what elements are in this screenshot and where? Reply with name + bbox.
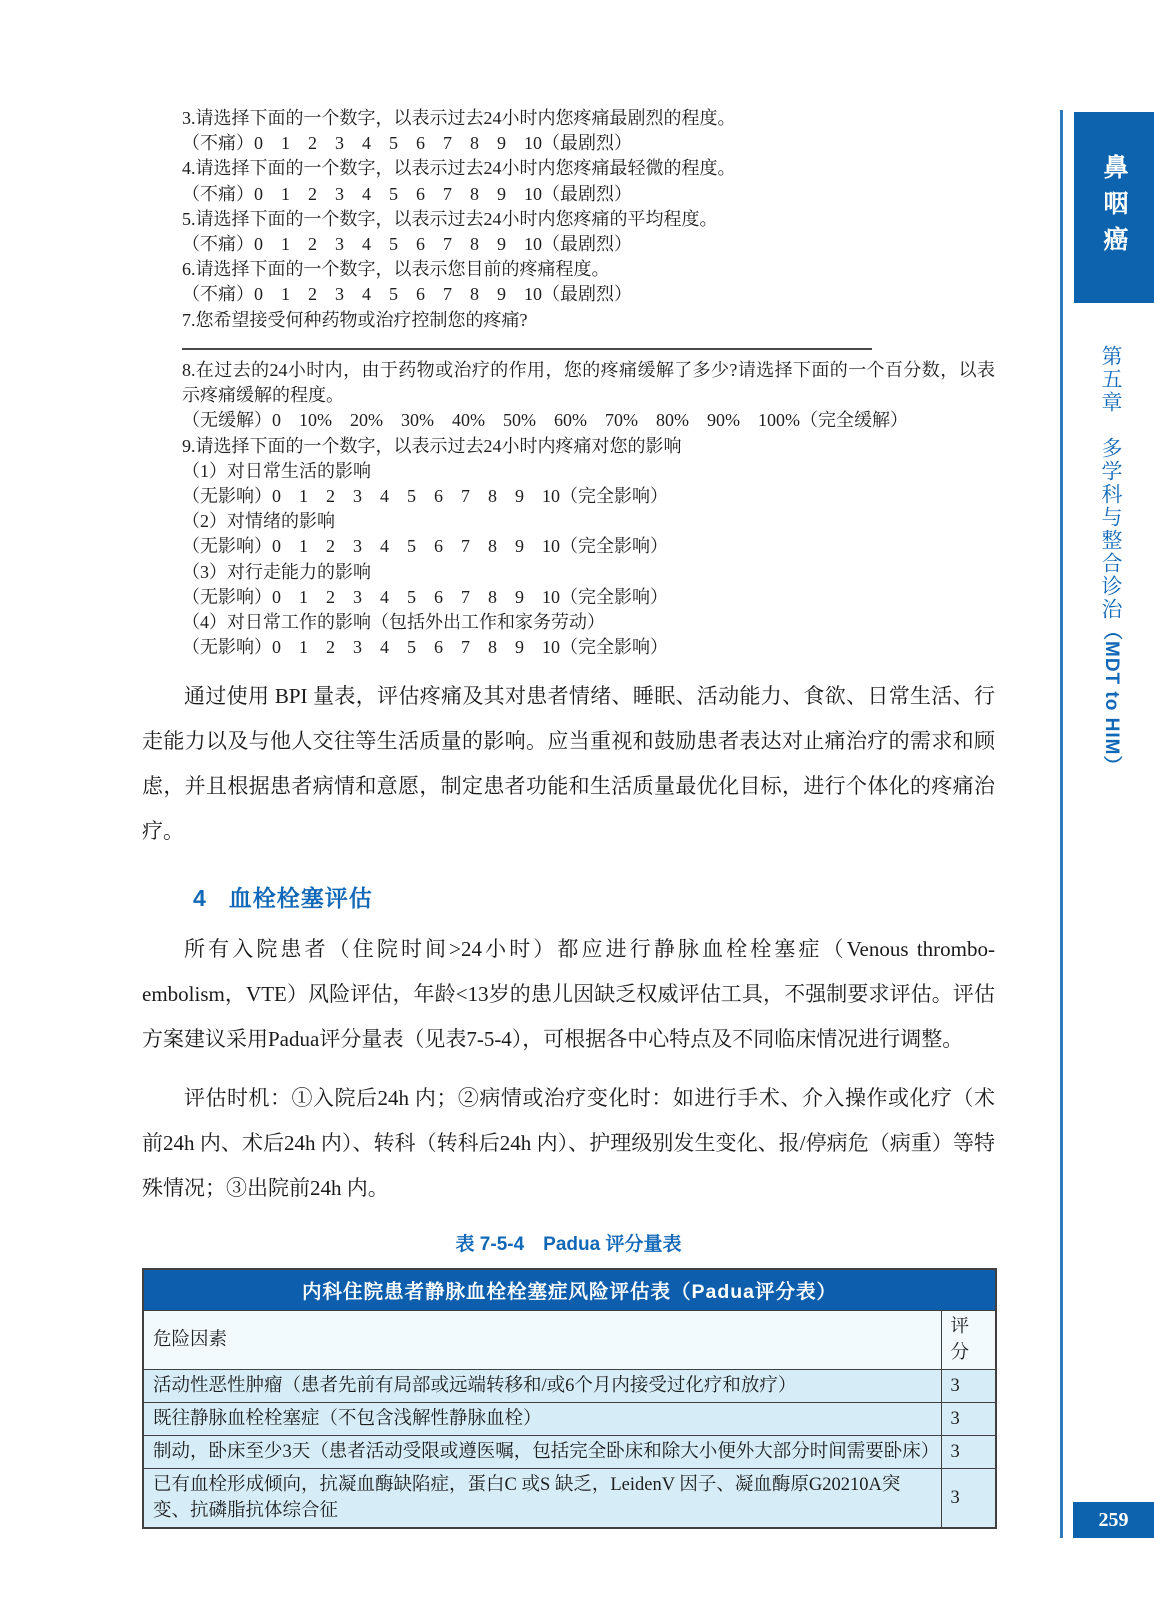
score-cell: 3 — [941, 1436, 996, 1469]
questionnaire-line: （不痛）0 1 2 3 4 5 6 7 8 9 10（最剧烈） — [182, 182, 995, 207]
risk-factor-cell: 既往静脉血栓栓塞症（不包含浅解性静脉血栓） — [143, 1403, 941, 1436]
questionnaire-line: （4）对日常工作的影响（包括外出工作和家务劳动） — [182, 610, 995, 635]
questionnaire-line: （不痛）0 1 2 3 4 5 6 7 8 9 10（最剧烈） — [182, 232, 995, 257]
table-row: 制动，卧床至少3天（患者活动受限或遵医嘱，包括完全卧床和除大小便外大部分时间需要… — [143, 1436, 996, 1469]
page-number-badge: 259 — [1073, 1502, 1154, 1538]
book-page: 3.请选择下面的一个数字，以表示过去24小时内您疼痛最剧烈的程度。（不痛）0 1… — [0, 0, 1154, 1607]
table-row: 活动性恶性肿瘤（患者先前有局部或远端转移和/或6个月内接受过化疗和放疗）3 — [143, 1370, 996, 1403]
table-column-header-row: 危险因素 评分 — [143, 1311, 996, 1370]
sidebar-divider-line — [1060, 110, 1063, 1538]
answer-blank-line — [182, 333, 995, 358]
section-number: 4 — [193, 885, 207, 911]
column-header-risk-factor: 危险因素 — [143, 1311, 941, 1370]
chapter-title-latin: （MDT to HIM） — [1101, 621, 1122, 775]
paragraph-vte-intro: 所有入院患者（住院时间>24小时）都应进行静脉血栓栓塞症（Venous thro… — [142, 927, 995, 1062]
questionnaire-line: （无影响）0 1 2 3 4 5 6 7 8 9 10（完全影响） — [182, 585, 995, 610]
table-title: 内科住院患者静脉血栓栓塞症风险评估表（Padua评分表） — [143, 1269, 996, 1311]
table-title-row: 内科住院患者静脉血栓栓塞症风险评估表（Padua评分表） — [143, 1269, 996, 1311]
questionnaire-line: （无影响）0 1 2 3 4 5 6 7 8 9 10（完全影响） — [182, 534, 995, 559]
risk-factor-cell: 已有血栓形成倾向，抗凝血酶缺陷症，蛋白C 或S 缺乏，LeidenV 因子、凝血… — [143, 1469, 941, 1529]
column-header-score: 评分 — [941, 1311, 996, 1370]
questionnaire-line: （1）对日常生活的影响 — [182, 459, 995, 484]
chapter-tab-label: 鼻咽癌 — [1096, 154, 1132, 262]
questionnaire-line: （不痛）0 1 2 3 4 5 6 7 8 9 10（最剧烈） — [182, 131, 995, 156]
questionnaire-line: （无影响）0 1 2 3 4 5 6 7 8 9 10（完全影响） — [182, 484, 995, 509]
questionnaire-line: （无影响）0 1 2 3 4 5 6 7 8 9 10（完全影响） — [182, 635, 995, 660]
questionnaire-line: （3）对行走能力的影响 — [182, 560, 995, 585]
risk-factor-cell: 制动，卧床至少3天（患者活动受限或遵医嘱，包括完全卧床和除大小便外大部分时间需要… — [143, 1436, 941, 1469]
chapter-title-cjk: 第五章 多学科与整合诊治 — [1099, 345, 1123, 621]
questionnaire-line: 3.请选择下面的一个数字，以表示过去24小时内您疼痛最剧烈的程度。 — [182, 106, 995, 131]
table-row: 已有血栓形成倾向，抗凝血酶缺陷症，蛋白C 或S 缺乏，LeidenV 因子、凝血… — [143, 1469, 996, 1529]
chapter-tab: 鼻咽癌 — [1074, 112, 1154, 303]
questionnaire-line: 8.在过去的24小时内，由于药物或治疗的作用，您的疼痛缓解了多少?请选择下面的一… — [182, 358, 995, 408]
section-heading: 4血栓栓塞评估 — [193, 880, 995, 913]
questionnaire-line: 6.请选择下面的一个数字，以表示您目前的疼痛程度。 — [182, 257, 995, 282]
questionnaire-line: 7.您希望接受何种药物或治疗控制您的疼痛? — [182, 308, 995, 333]
questionnaire-line: 5.请选择下面的一个数字，以表示过去24小时内您疼痛的平均程度。 — [182, 207, 995, 232]
padua-score-table: 内科住院患者静脉血栓栓塞症风险评估表（Padua评分表） 危险因素 评分 活动性… — [142, 1268, 997, 1529]
bpi-questionnaire: 3.请选择下面的一个数字，以表示过去24小时内您疼痛最剧烈的程度。（不痛）0 1… — [142, 106, 995, 660]
table-row: 既往静脉血栓栓塞症（不包含浅解性静脉血栓）3 — [143, 1403, 996, 1436]
padua-table-body: 活动性恶性肿瘤（患者先前有局部或远端转移和/或6个月内接受过化疗和放疗）3既往静… — [143, 1370, 996, 1529]
score-cell: 3 — [941, 1403, 996, 1436]
questionnaire-line: 9.请选择下面的一个数字，以表示过去24小时内疼痛对您的影响 — [182, 434, 995, 459]
questionnaire-line: （无缓解）0 10% 20% 30% 40% 50% 60% 70% 80% 9… — [182, 408, 995, 433]
main-content: 3.请选择下面的一个数字，以表示过去24小时内您疼痛最剧烈的程度。（不痛）0 1… — [142, 106, 995, 1529]
table-caption: 表 7-5-4 Padua 评分量表 — [142, 1229, 995, 1256]
score-cell: 3 — [941, 1370, 996, 1403]
paragraph-bpi-summary: 通过使用 BPI 量表，评估疼痛及其对患者情绪、睡眠、活动能力、食欲、日常生活、… — [142, 674, 995, 854]
score-cell: 3 — [941, 1469, 996, 1529]
page-number: 259 — [1099, 1509, 1129, 1532]
questionnaire-line: （2）对情绪的影响 — [182, 509, 995, 534]
questionnaire-line: 4.请选择下面的一个数字，以表示过去24小时内您疼痛最轻微的程度。 — [182, 156, 995, 181]
questionnaire-line: （不痛）0 1 2 3 4 5 6 7 8 9 10（最剧烈） — [182, 282, 995, 307]
risk-factor-cell: 活动性恶性肿瘤（患者先前有局部或远端转移和/或6个月内接受过化疗和放疗） — [143, 1370, 941, 1403]
paragraph-vte-timing: 评估时机：①入院后24h 内；②病情或治疗变化时：如进行手术、介入操作或化疗（术… — [142, 1076, 995, 1211]
chapter-running-title: 第五章 多学科与整合诊治（MDT to HIM） — [1074, 345, 1154, 795]
section-title: 血栓栓塞评估 — [229, 885, 373, 911]
